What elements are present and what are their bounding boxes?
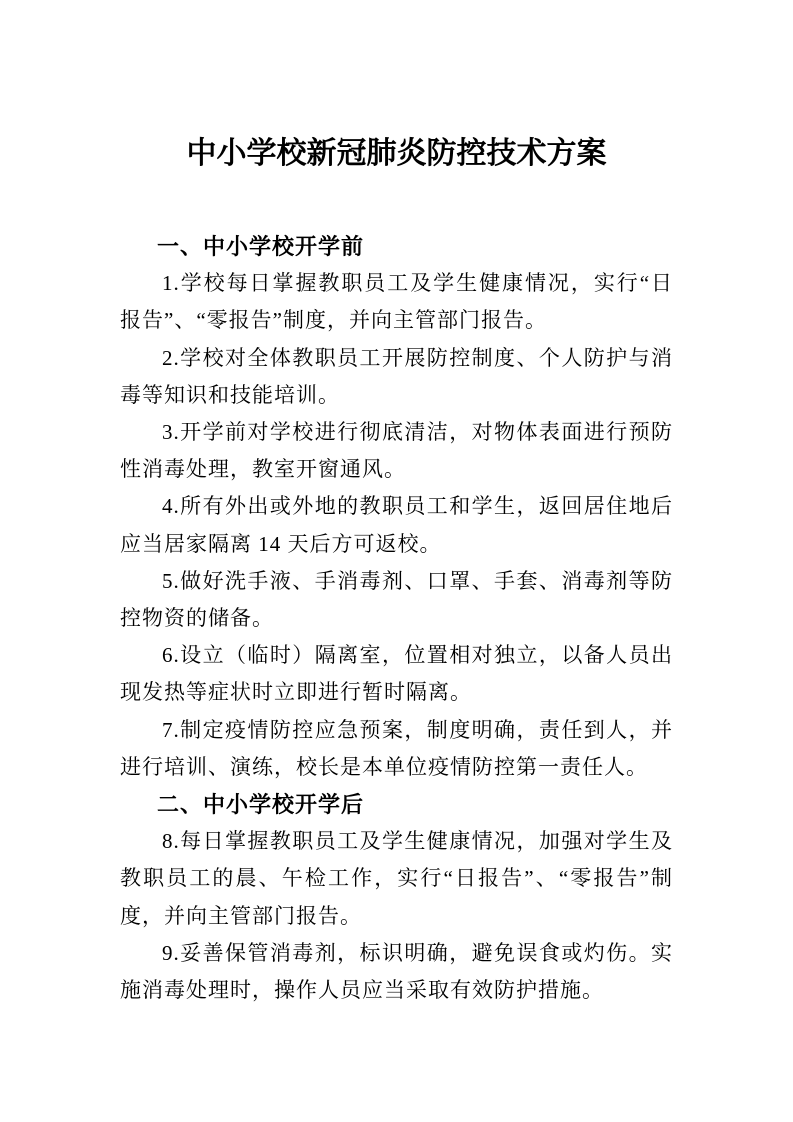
paragraph: 9.妥善保管消毒剂，标识明确，避免误食或灼伤。实施消毒处理时，操作人员应当采取有… bbox=[120, 935, 673, 1009]
paragraph: 7.制定疫情防控应急预案，制度明确，责任到人，并进行培训、演练，校长是本单位疫情… bbox=[120, 712, 673, 786]
paragraph: 1.学校每日掌握教职员工及学生健康情况，实行“日报告”、“零报告”制度，并向主管… bbox=[120, 265, 673, 339]
paragraph: 3.开学前对学校进行彻底清洁，对物体表面进行预防性消毒处理，教室开窗通风。 bbox=[120, 414, 673, 488]
document-title: 中小学校新冠肺炎防控技术方案 bbox=[120, 0, 673, 174]
paragraph: 5.做好洗手液、手消毒剂、口罩、手套、消毒剂等防控物资的储备。 bbox=[120, 563, 673, 637]
paragraph: 6.设立（临时）隔离室，位置相对独立，以备人员出现发热等症状时立即进行暂时隔离。 bbox=[120, 637, 673, 711]
section-heading: 二、中小学校开学后 bbox=[120, 786, 673, 823]
paragraph: 4.所有外出或外地的教职员工和学生，返回居住地后应当居家隔离 14 天后方可返校… bbox=[120, 488, 673, 562]
paragraph: 2.学校对全体教职员工开展防控制度、个人防护与消毒等知识和技能培训。 bbox=[120, 340, 673, 414]
paragraph: 8.每日掌握教职员工及学生健康情况，加强对学生及教职员工的晨、午检工作，实行“日… bbox=[120, 823, 673, 935]
section-heading: 一、中小学校开学前 bbox=[120, 228, 673, 265]
document-body: 一、中小学校开学前1.学校每日掌握教职员工及学生健康情况，实行“日报告”、“零报… bbox=[120, 228, 673, 1009]
document-page: 中小学校新冠肺炎防控技术方案 一、中小学校开学前1.学校每日掌握教职员工及学生健… bbox=[0, 0, 793, 1122]
